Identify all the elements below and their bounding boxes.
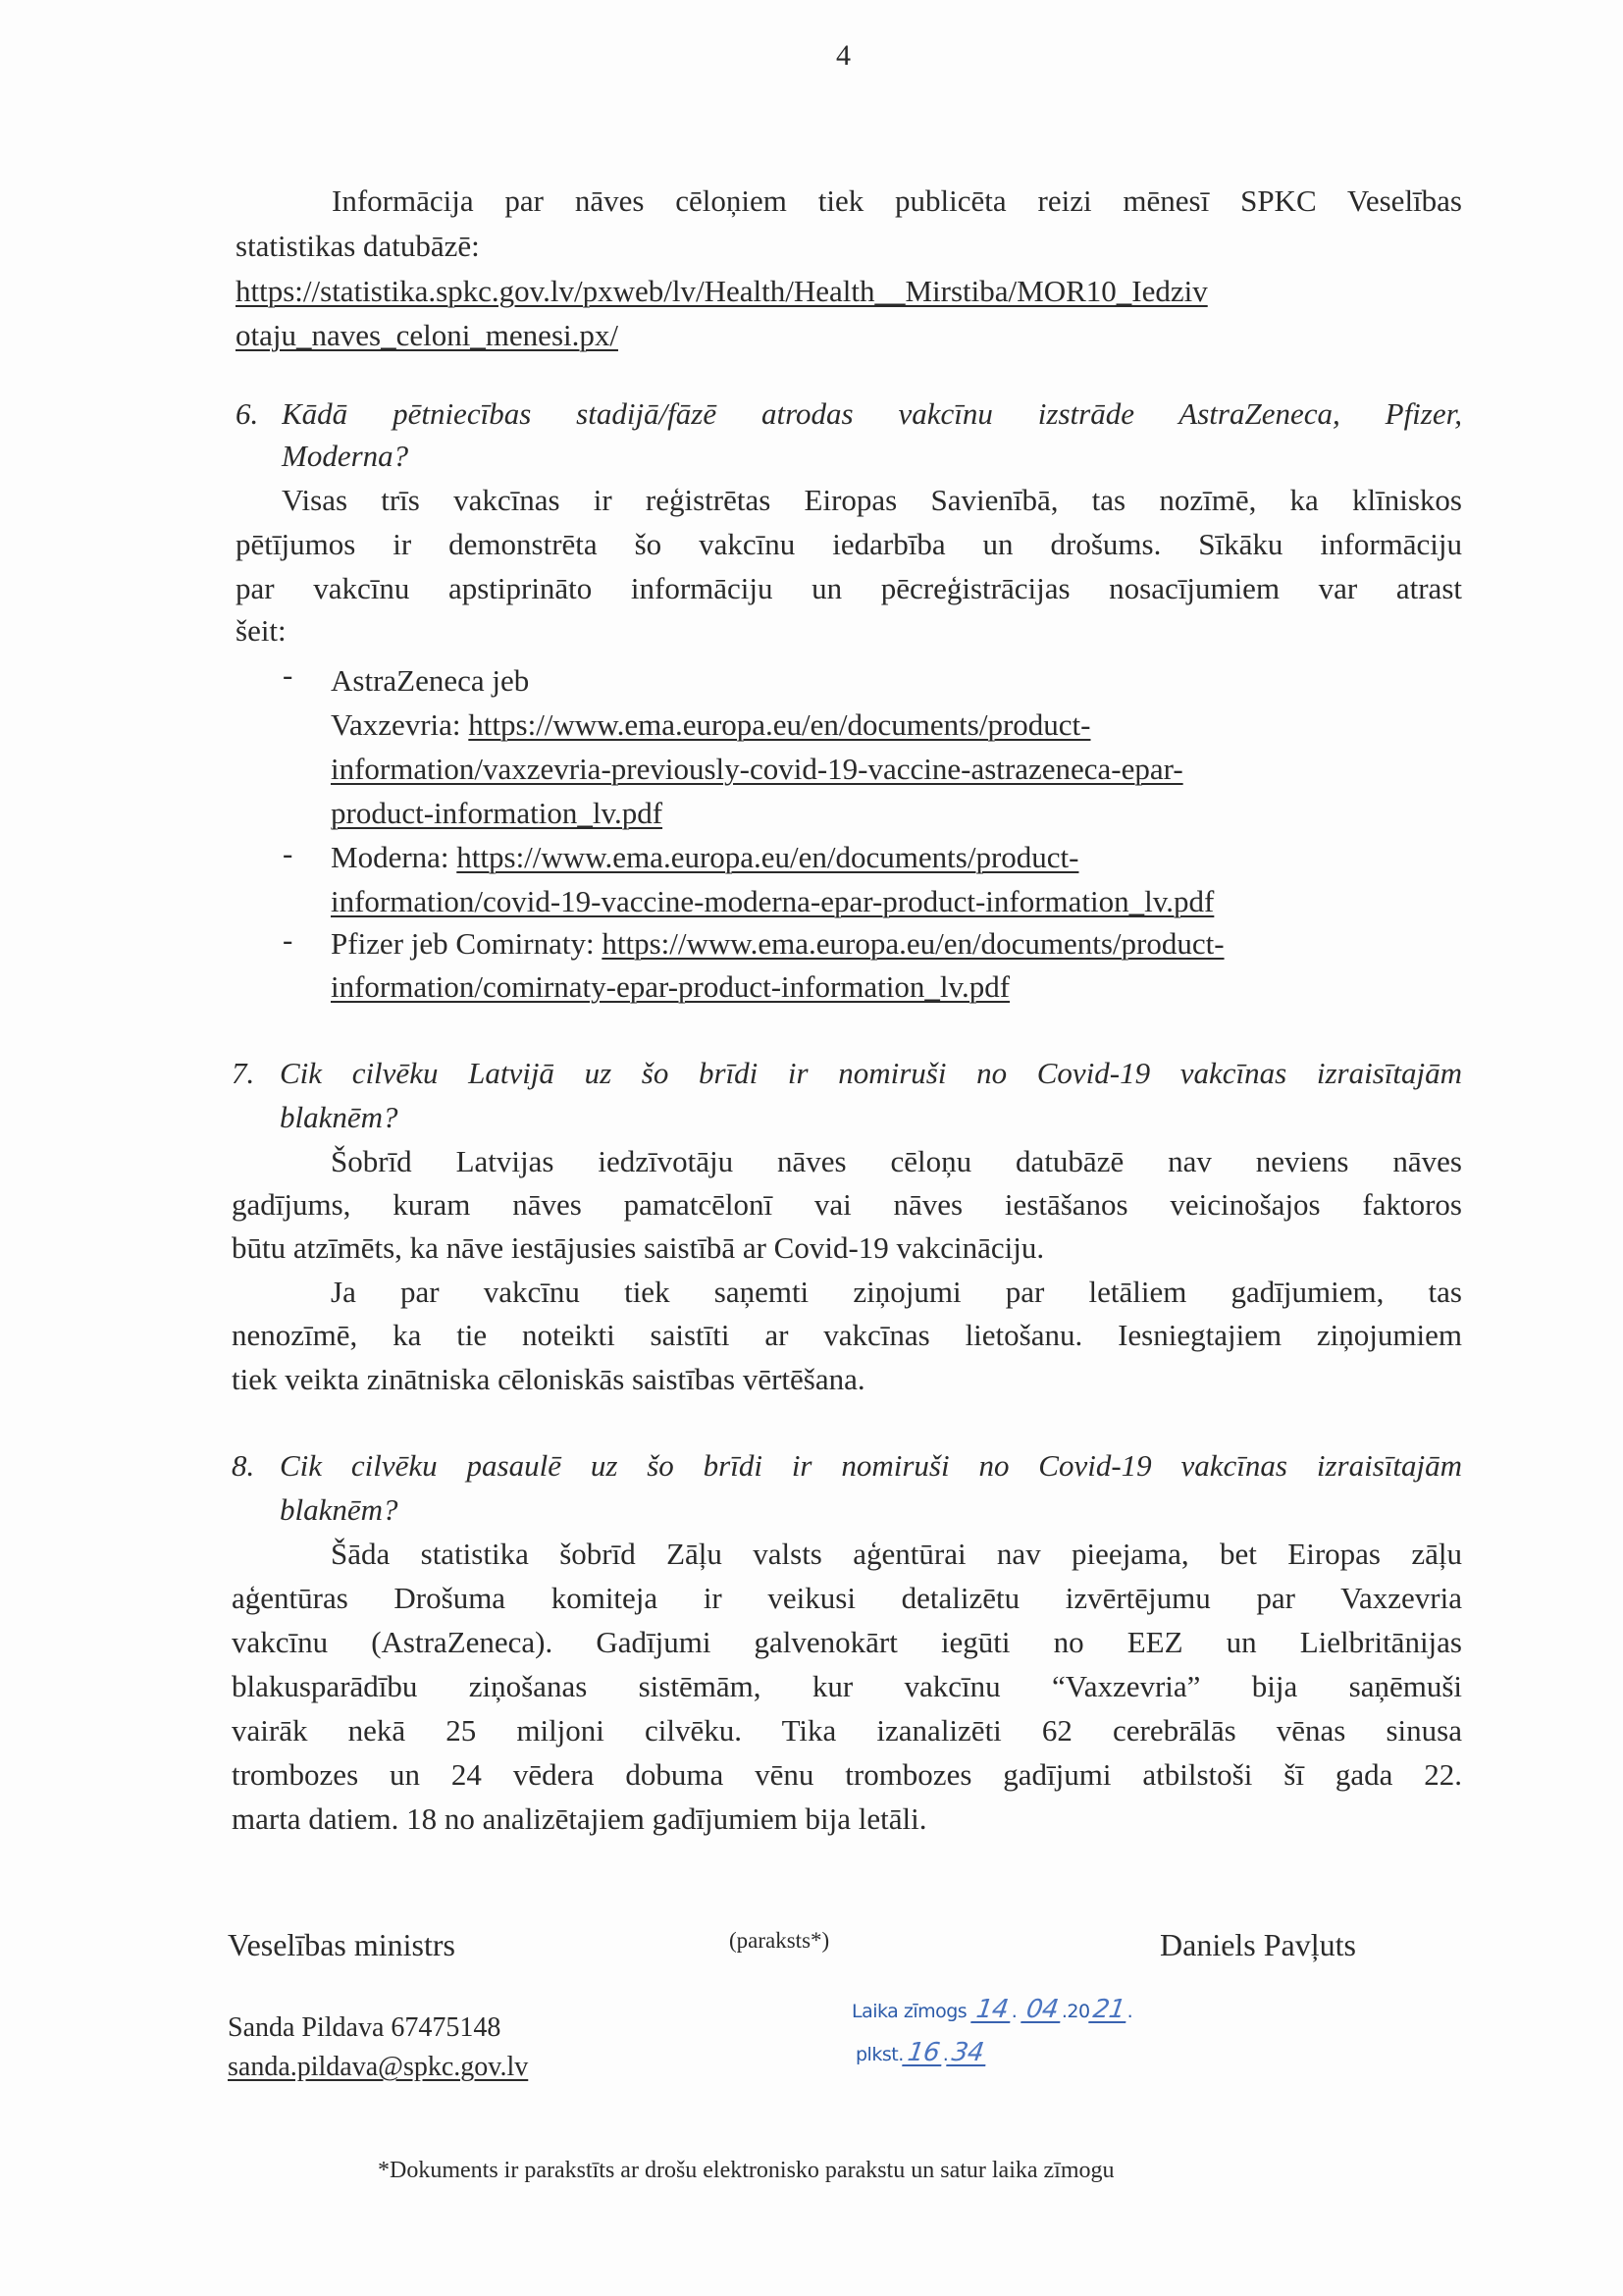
pfizer-link[interactable]: https://www.ema.europa.eu/en/documents/p… [602, 926, 1224, 961]
intro-line-2: statistikas datubāzē: [236, 229, 480, 264]
astrazeneca-link-cont[interactable]: information/vaxzevria-previously-covid-1… [331, 752, 1183, 786]
q8-answer-line-7: marta datiem. 18 no analizētajiem gadīju… [232, 1801, 926, 1837]
stamp-hour: 16 [902, 2041, 945, 2066]
stamp-day: 14 [970, 1998, 1014, 2023]
page-number: 4 [836, 39, 851, 73]
q6-answer-line-1: Visas trīs vakcīnas ir reģistrētas Eirop… [282, 483, 1462, 518]
q8-answer-line-6: trombozes un 24 vēdera dobuma vēnu tromb… [232, 1757, 1462, 1793]
q8-answer-line-2: aģentūras Drošuma komiteja ir veikusi de… [232, 1581, 1462, 1616]
q6-answer-line-3: par vakcīnu apstiprināto informāciju un … [236, 571, 1462, 606]
astrazeneca-link-cont-2[interactable]: product-information_lv.pdf [331, 796, 662, 830]
stamp-year-prefix: 20 [1067, 2001, 1089, 2022]
stamp-month: 04 [1021, 1998, 1064, 2023]
astrazeneca-link-line-1: Vaxzevria: https://www.ema.europa.eu/en/… [331, 707, 1090, 743]
contact-email-line[interactable]: sanda.pildava@spkc.gov.lv [228, 2050, 528, 2085]
q7-para2-line-2: nenozīmē, ka tie noteikti saistīti ar va… [232, 1318, 1462, 1353]
q7-para1-line-2: gadījums, kuram nāves pamatcēlonī vai nā… [232, 1187, 1462, 1223]
statistics-link-line-1[interactable]: https://statistika.spkc.gov.lv/pxweb/lv/… [236, 274, 1462, 309]
intro-line-1: Informācija par nāves cēloņiem tiek publ… [332, 183, 1462, 219]
question-8-line-2: blaknēm? [280, 1492, 398, 1528]
q7-para2-line-3: tiek veikta zinātniska cēloniskās saistī… [232, 1362, 865, 1397]
astrazeneca-link-line-2[interactable]: information/vaxzevria-previously-covid-1… [331, 752, 1183, 787]
list-bullet-dash: - [283, 922, 292, 958]
astrazeneca-link[interactable]: https://www.ema.europa.eu/en/documents/p… [468, 707, 1090, 742]
q8-answer-line-5: vairāk nekā 25 miljoni cilvēku. Tika iza… [232, 1713, 1462, 1748]
moderna-link-cont[interactable]: information/covid-19-vaccine-moderna-epa… [331, 884, 1214, 918]
statistics-link-line-2[interactable]: otaju_naves_celoni_menesi.px/ [236, 318, 618, 353]
question-6-line-1: Kādā pētniecības stadijā/fāzē atrodas va… [282, 396, 1462, 432]
question-7-number: 7. [232, 1056, 254, 1091]
pfizer-link-line-1: Pfizer jeb Comirnaty: https://www.ema.eu… [331, 926, 1225, 962]
pfizer-link-cont[interactable]: information/comirnaty-epar-product-infor… [331, 969, 1010, 1004]
q7-para2-line-1: Ja par vakcīnu tiek saņemti ziņojumi par… [331, 1275, 1462, 1310]
signatory-name: Daniels Pavļuts [1160, 1927, 1356, 1962]
timestamp-time: plkst.16.34 [856, 2041, 987, 2066]
q8-answer-line-3: vakcīnu (AstraZeneca). Gadījumi galvenok… [232, 1625, 1462, 1660]
astrazeneca-link-line-3[interactable]: product-information_lv.pdf [331, 796, 662, 831]
stamp-time-label: plkst. [856, 2044, 904, 2065]
stamp-year-suffix: 21 [1088, 1998, 1129, 2023]
timestamp-stamp: Laika zīmogs 14. 04.2021. [852, 1998, 1132, 2023]
question-6-line-2: Moderna? [282, 439, 408, 474]
question-8-number: 8. [232, 1448, 254, 1484]
stamp-label: Laika zīmogs [852, 2001, 967, 2022]
question-7-line-1: Cik cilvēku Latvijā uz šo brīdi ir nomir… [280, 1056, 1462, 1091]
q6-answer-line-2: pētījumos ir demonstrēta šo vakcīnu ieda… [236, 527, 1462, 562]
statistics-link[interactable]: https://statistika.spkc.gov.lv/pxweb/lv/… [236, 274, 1208, 308]
question-6-number: 6. [236, 396, 258, 432]
moderna-link-line-2[interactable]: information/covid-19-vaccine-moderna-epa… [331, 884, 1214, 919]
moderna-label: Moderna: [331, 840, 456, 874]
pfizer-link-line-2[interactable]: information/comirnaty-epar-product-infor… [331, 969, 1010, 1005]
q7-para1-line-1: Šobrīd Latvijas iedzīvotāju nāves cēloņu… [331, 1144, 1462, 1179]
contact-email-link[interactable]: sanda.pildava@spkc.gov.lv [228, 2052, 528, 2082]
stamp-minute: 34 [946, 2041, 989, 2066]
question-8-line-1: Cik cilvēku pasaulē uz šo brīdi ir nomir… [280, 1448, 1462, 1484]
q7-para1-line-3: būtu atzīmēts, ka nāve iestājusies saist… [232, 1230, 1044, 1266]
vaxzevria-label: Vaxzevria: [331, 707, 468, 742]
signature-placeholder: (paraksts*) [729, 1923, 829, 1958]
contact-name-phone: Sanda Pildava 67475148 [228, 2010, 500, 2046]
moderna-link[interactable]: https://www.ema.europa.eu/en/documents/p… [456, 840, 1078, 874]
q8-answer-line-4: blakusparādību ziņošanas sistēmām, kur v… [232, 1669, 1462, 1704]
q8-answer-line-1: Šāda statistika šobrīd Zāļu valsts aģent… [331, 1537, 1462, 1572]
signatory-title: Veselības ministrs [228, 1927, 455, 1962]
moderna-link-line-1: Moderna: https://www.ema.europa.eu/en/do… [331, 840, 1078, 875]
list-bullet-dash: - [283, 836, 292, 871]
statistics-link-cont[interactable]: otaju_naves_celoni_menesi.px/ [236, 318, 618, 352]
pfizer-label: Pfizer jeb Comirnaty: [331, 926, 602, 961]
signature-footnote: *Dokuments ir parakstīts ar drošu elektr… [378, 2153, 1115, 2188]
document-page: 4 Informācija par nāves cēloņiem tiek pu… [0, 0, 1623, 2296]
list-bullet-dash: - [283, 657, 292, 693]
question-7-line-2: blaknēm? [280, 1100, 398, 1135]
astrazeneca-label: AstraZeneca jeb [331, 663, 529, 699]
q6-answer-line-4: šeit: [236, 613, 287, 649]
